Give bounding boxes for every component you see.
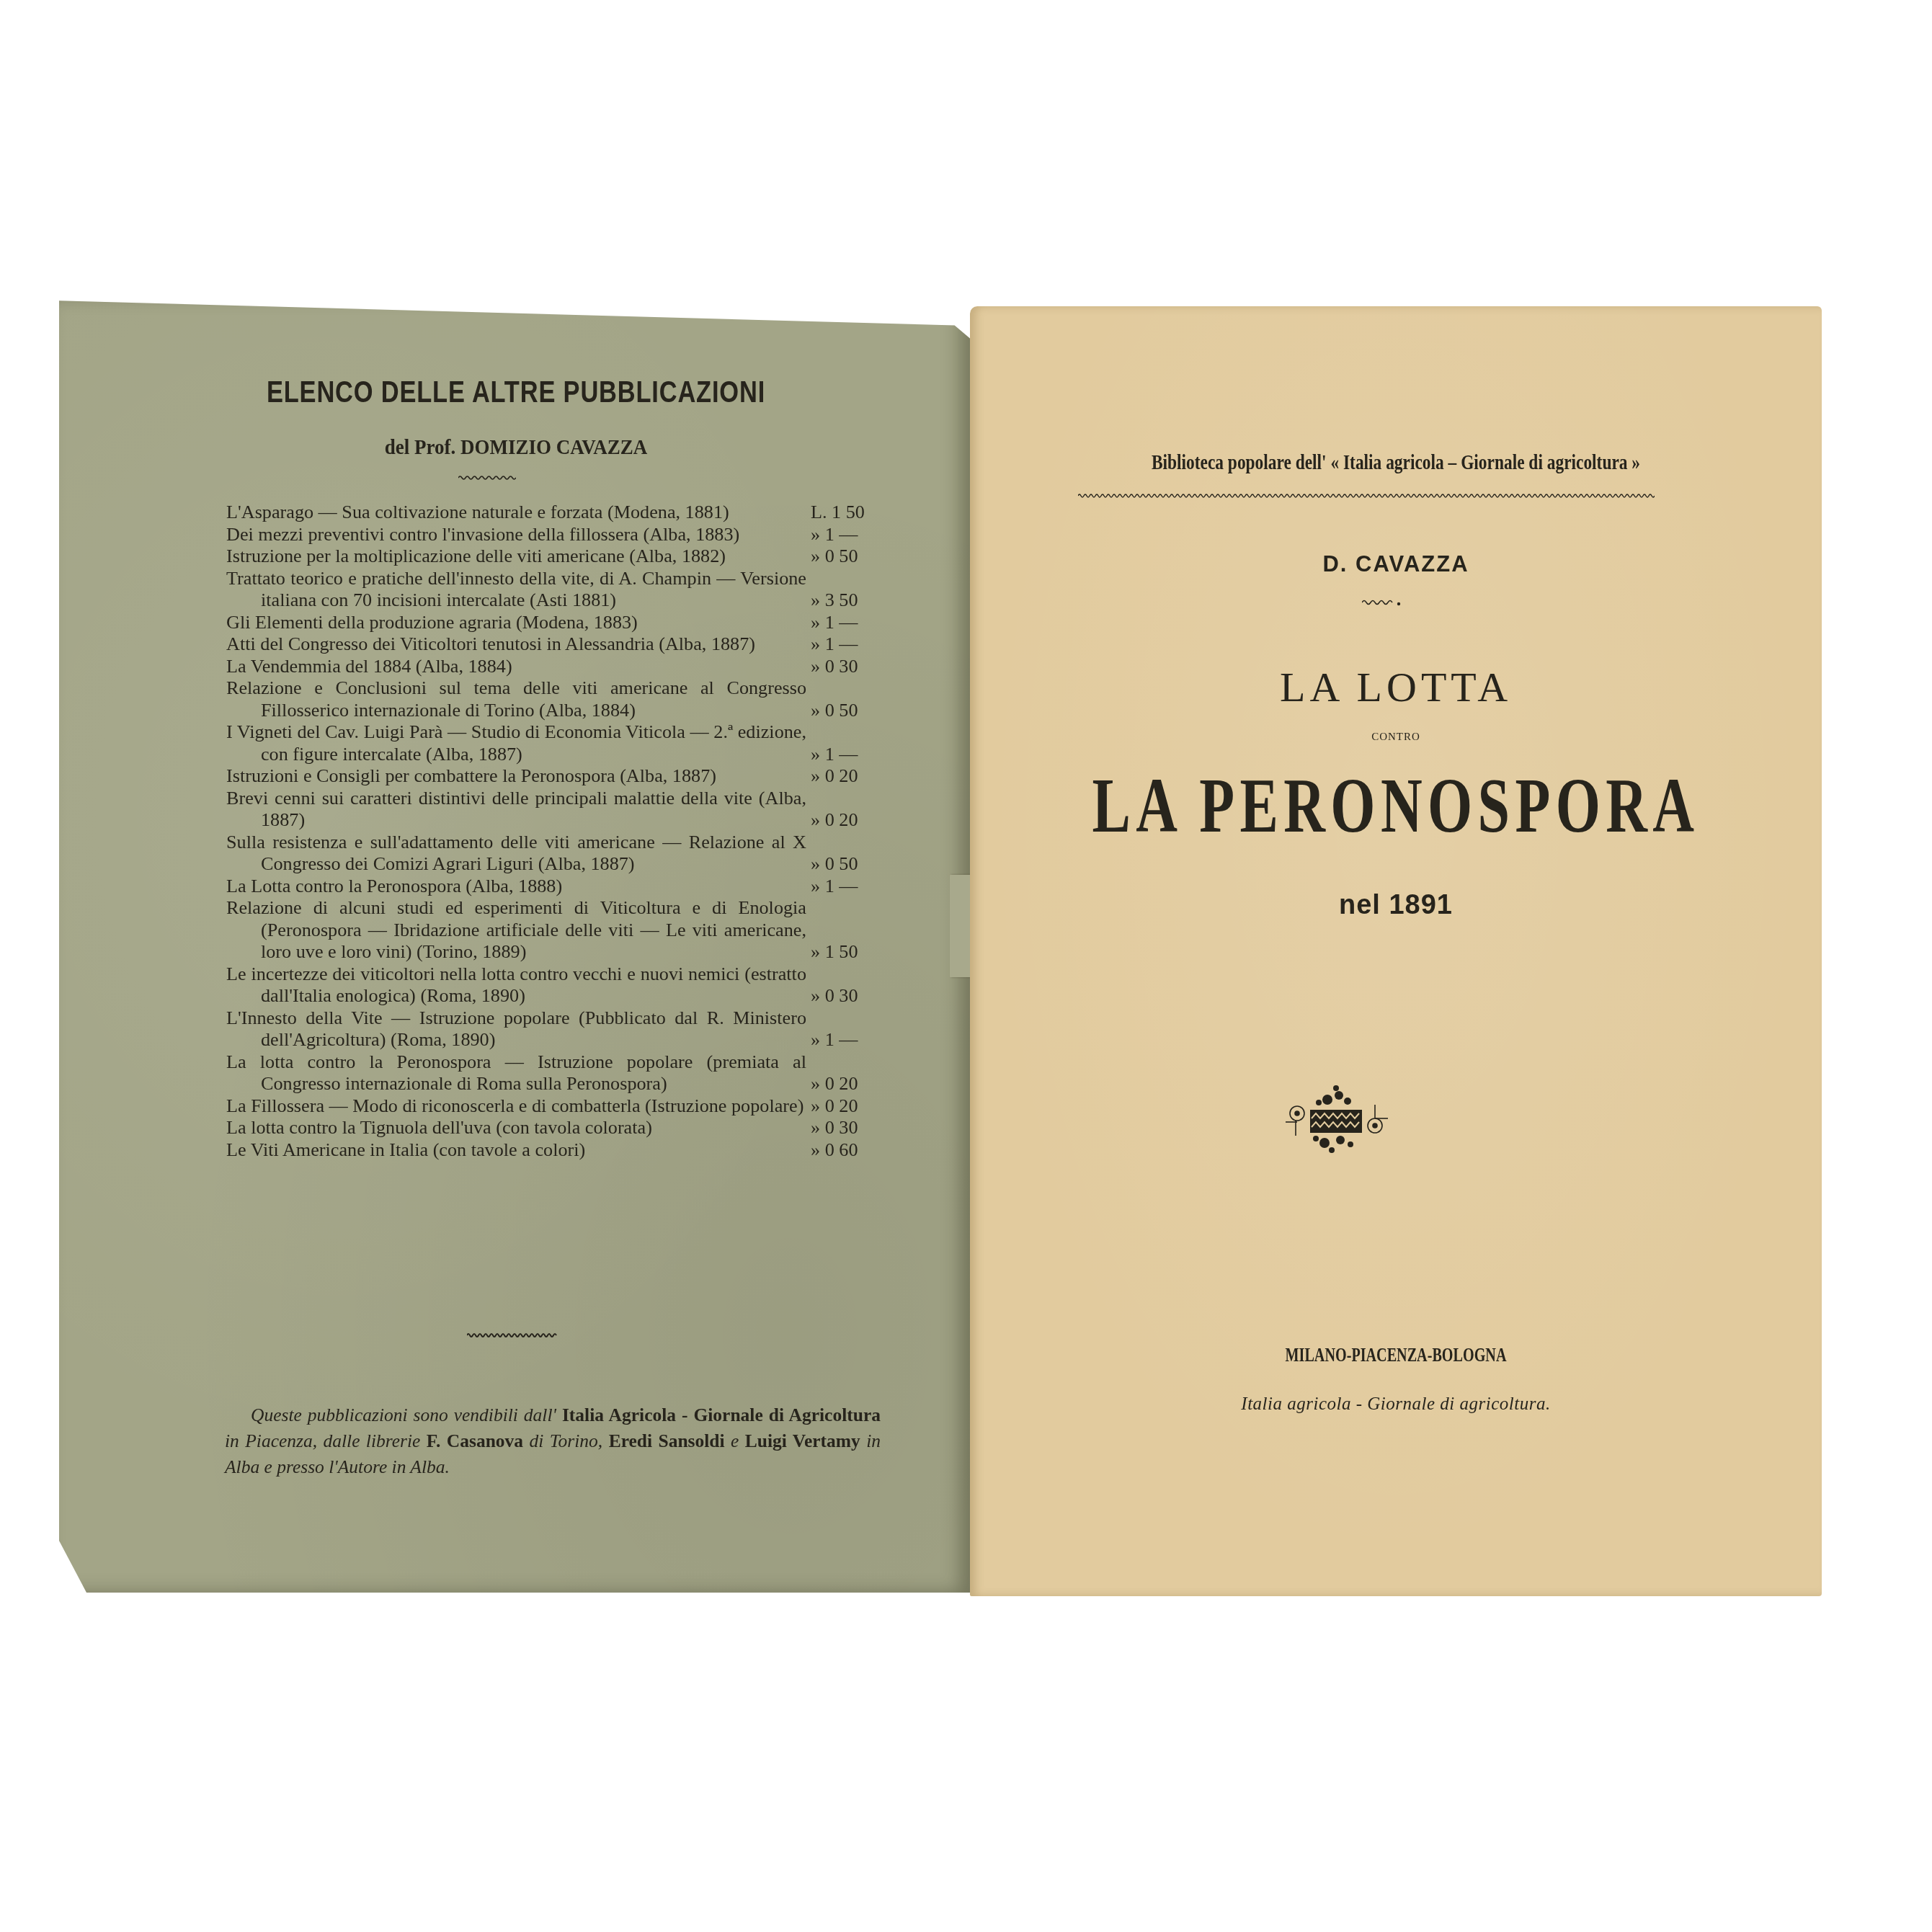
publication-item: Istruzione per la moltiplicazione delle … xyxy=(226,546,886,568)
publication-title: La Vendemmia del 1884 (Alba, 1884) xyxy=(226,656,806,678)
publication-price: » 1 — xyxy=(811,612,886,634)
publication-title: Atti del Congresso dei Viticoltori tenut… xyxy=(226,633,806,656)
note-text: e xyxy=(725,1430,745,1451)
publication-title: Le Viti Americane in Italia (con tavole … xyxy=(226,1139,806,1162)
publication-price: » 3 50 xyxy=(811,589,886,612)
wavy-divider-icon xyxy=(1362,598,1402,607)
publication-item: Le incertezze dei viticoltori nella lott… xyxy=(226,963,886,1007)
publication-item: La Fillossera — Modo di riconoscerla e d… xyxy=(226,1095,886,1118)
publication-title: Gli Elementi della produzione agraria (M… xyxy=(226,612,806,634)
publication-price: » 1 — xyxy=(811,1029,886,1051)
publication-price: » 0 20 xyxy=(811,809,886,832)
publication-price: » 0 50 xyxy=(811,853,886,876)
publication-title: Relazione e Conclusioni sul tema delle v… xyxy=(226,677,806,721)
publication-item: Istruzioni e Consigli per combattere la … xyxy=(226,765,886,788)
note-bookseller: Eredi Sansoldi xyxy=(609,1430,725,1451)
publication-price: » 0 30 xyxy=(811,656,886,678)
note-text: Queste pubblicazioni sono vendibili dall… xyxy=(251,1405,562,1425)
publication-title: La Fillossera — Modo di riconoscerla e d… xyxy=(226,1095,806,1118)
publication-price: » 1 50 xyxy=(811,941,886,963)
right-page-title-page: Biblioteca popolare dell' « Italia agric… xyxy=(970,306,1822,1596)
publication-price: » 0 30 xyxy=(811,1117,886,1139)
publications-list: L'Asparago — Sua coltivazione naturale e… xyxy=(226,502,886,1161)
publication-item: Le Viti Americane in Italia (con tavole … xyxy=(226,1139,886,1162)
publication-item: Gli Elementi della produzione agraria (M… xyxy=(226,612,886,634)
publications-heading: ELENCO DELLE ALTRE PUBBLICAZIONI xyxy=(141,375,891,409)
author-name: D. CAVAZZA xyxy=(970,551,1822,577)
note-text: di Torino, xyxy=(523,1430,609,1451)
publication-item: Dei mezzi preventivi contro l'invasione … xyxy=(226,524,886,546)
publication-price: » 1 — xyxy=(811,633,886,656)
availability-note: Queste pubblicazioni sono vendibili dall… xyxy=(225,1402,881,1480)
publication-item: Sulla resistenza e sull'adattamento dell… xyxy=(226,832,886,876)
publication-item: Atti del Congresso dei Viticoltori tenut… xyxy=(226,633,886,656)
publisher-name: Italia agricola - Giornale di agricoltur… xyxy=(970,1394,1822,1415)
publication-title: Trattato teorico e pratiche dell'innesto… xyxy=(226,568,806,612)
publication-item: Relazione e Conclusioni sul tema delle v… xyxy=(226,677,886,721)
note-bookseller: F. Casanova xyxy=(427,1430,523,1451)
wavy-rule-icon xyxy=(1078,492,1655,499)
title-line-1: LA LOTTA xyxy=(970,663,1822,711)
publication-title: Relazione di alcuni studi ed esperimenti… xyxy=(226,897,806,963)
publication-price: » 1 — xyxy=(811,876,886,898)
publication-item: I Vigneti del Cav. Luigi Parà — Studio d… xyxy=(226,721,886,765)
title-line-2: LA PERONOSPORA xyxy=(1081,762,1711,851)
note-publisher: Italia Agricola - Giornale di Agricoltur… xyxy=(562,1405,881,1425)
publication-title: Le incertezze dei viticoltori nella lott… xyxy=(226,963,806,1007)
publication-item: Relazione di alcuni studi ed esperimenti… xyxy=(226,897,886,963)
publication-item: L'Innesto della Vite — Istruzione popola… xyxy=(226,1007,886,1051)
publication-price: » 0 60 xyxy=(811,1139,886,1162)
publication-title: Sulla resistenza e sull'adattamento dell… xyxy=(226,832,806,876)
publication-item: La Lotta contro la Peronospora (Alba, 18… xyxy=(226,876,886,898)
publication-item: La Vendemmia del 1884 (Alba, 1884)» 0 30 xyxy=(226,656,886,678)
publication-title: L'Asparago — Sua coltivazione naturale e… xyxy=(226,502,806,524)
publication-title: I Vigneti del Cav. Luigi Parà — Studio d… xyxy=(226,721,806,765)
publisher-city: MILANO-PIACENZA-BOLOGNA xyxy=(1089,1344,1702,1367)
wavy-divider-icon xyxy=(467,1332,558,1339)
publication-title: Brevi cenni sui caratteri distintivi del… xyxy=(226,788,806,832)
publication-price: » 0 20 xyxy=(811,1073,886,1095)
publication-title: Istruzione per la moltiplicazione delle … xyxy=(226,546,806,568)
publication-price: » 0 50 xyxy=(811,700,886,722)
publication-title: La Lotta contro la Peronospora (Alba, 18… xyxy=(226,876,806,898)
publication-item: L'Asparago — Sua coltivazione naturale e… xyxy=(226,502,886,524)
publication-price: » 0 50 xyxy=(811,546,886,568)
series-title: Biblioteca popolare dell' « Italia agric… xyxy=(1064,450,1728,475)
publication-price: » 0 20 xyxy=(811,1095,886,1118)
note-bookseller: Luigi Vertamy xyxy=(745,1430,860,1451)
title-contro: CONTRO xyxy=(970,731,1822,744)
publications-subheading: del Prof. DOMIZIO CAVAZZA xyxy=(104,435,927,460)
publication-price: » 0 30 xyxy=(811,985,886,1007)
publication-price: L. 1 50 xyxy=(811,502,886,524)
publication-item: La lotta contro la Peronospora — Istruzi… xyxy=(226,1051,886,1095)
title-year: nel 1891 xyxy=(970,890,1822,921)
left-page-back-cover: ELENCO DELLE ALTRE PUBBLICAZIONI del Pro… xyxy=(59,295,973,1593)
note-text: in Piacenza, dalle librerie xyxy=(225,1430,427,1451)
publication-price: » 1 — xyxy=(811,744,886,766)
floral-ornament-icon xyxy=(1283,1081,1391,1153)
publication-item: Brevi cenni sui caratteri distintivi del… xyxy=(226,788,886,832)
publication-title: Dei mezzi preventivi contro l'invasione … xyxy=(226,524,806,546)
publication-price: » 1 — xyxy=(811,524,886,546)
publication-title: La lotta contro la Tignuola dell'uva (co… xyxy=(226,1117,806,1139)
publication-price: » 0 20 xyxy=(811,765,886,788)
wavy-divider-icon xyxy=(458,474,516,481)
publication-item: La lotta contro la Tignuola dell'uva (co… xyxy=(226,1117,886,1139)
publication-item: Trattato teorico e pratiche dell'innesto… xyxy=(226,568,886,612)
publication-title: L'Innesto della Vite — Istruzione popola… xyxy=(226,1007,806,1051)
publication-title: La lotta contro la Peronospora — Istruzi… xyxy=(226,1051,806,1095)
publication-title: Istruzioni e Consigli per combattere la … xyxy=(226,765,806,788)
